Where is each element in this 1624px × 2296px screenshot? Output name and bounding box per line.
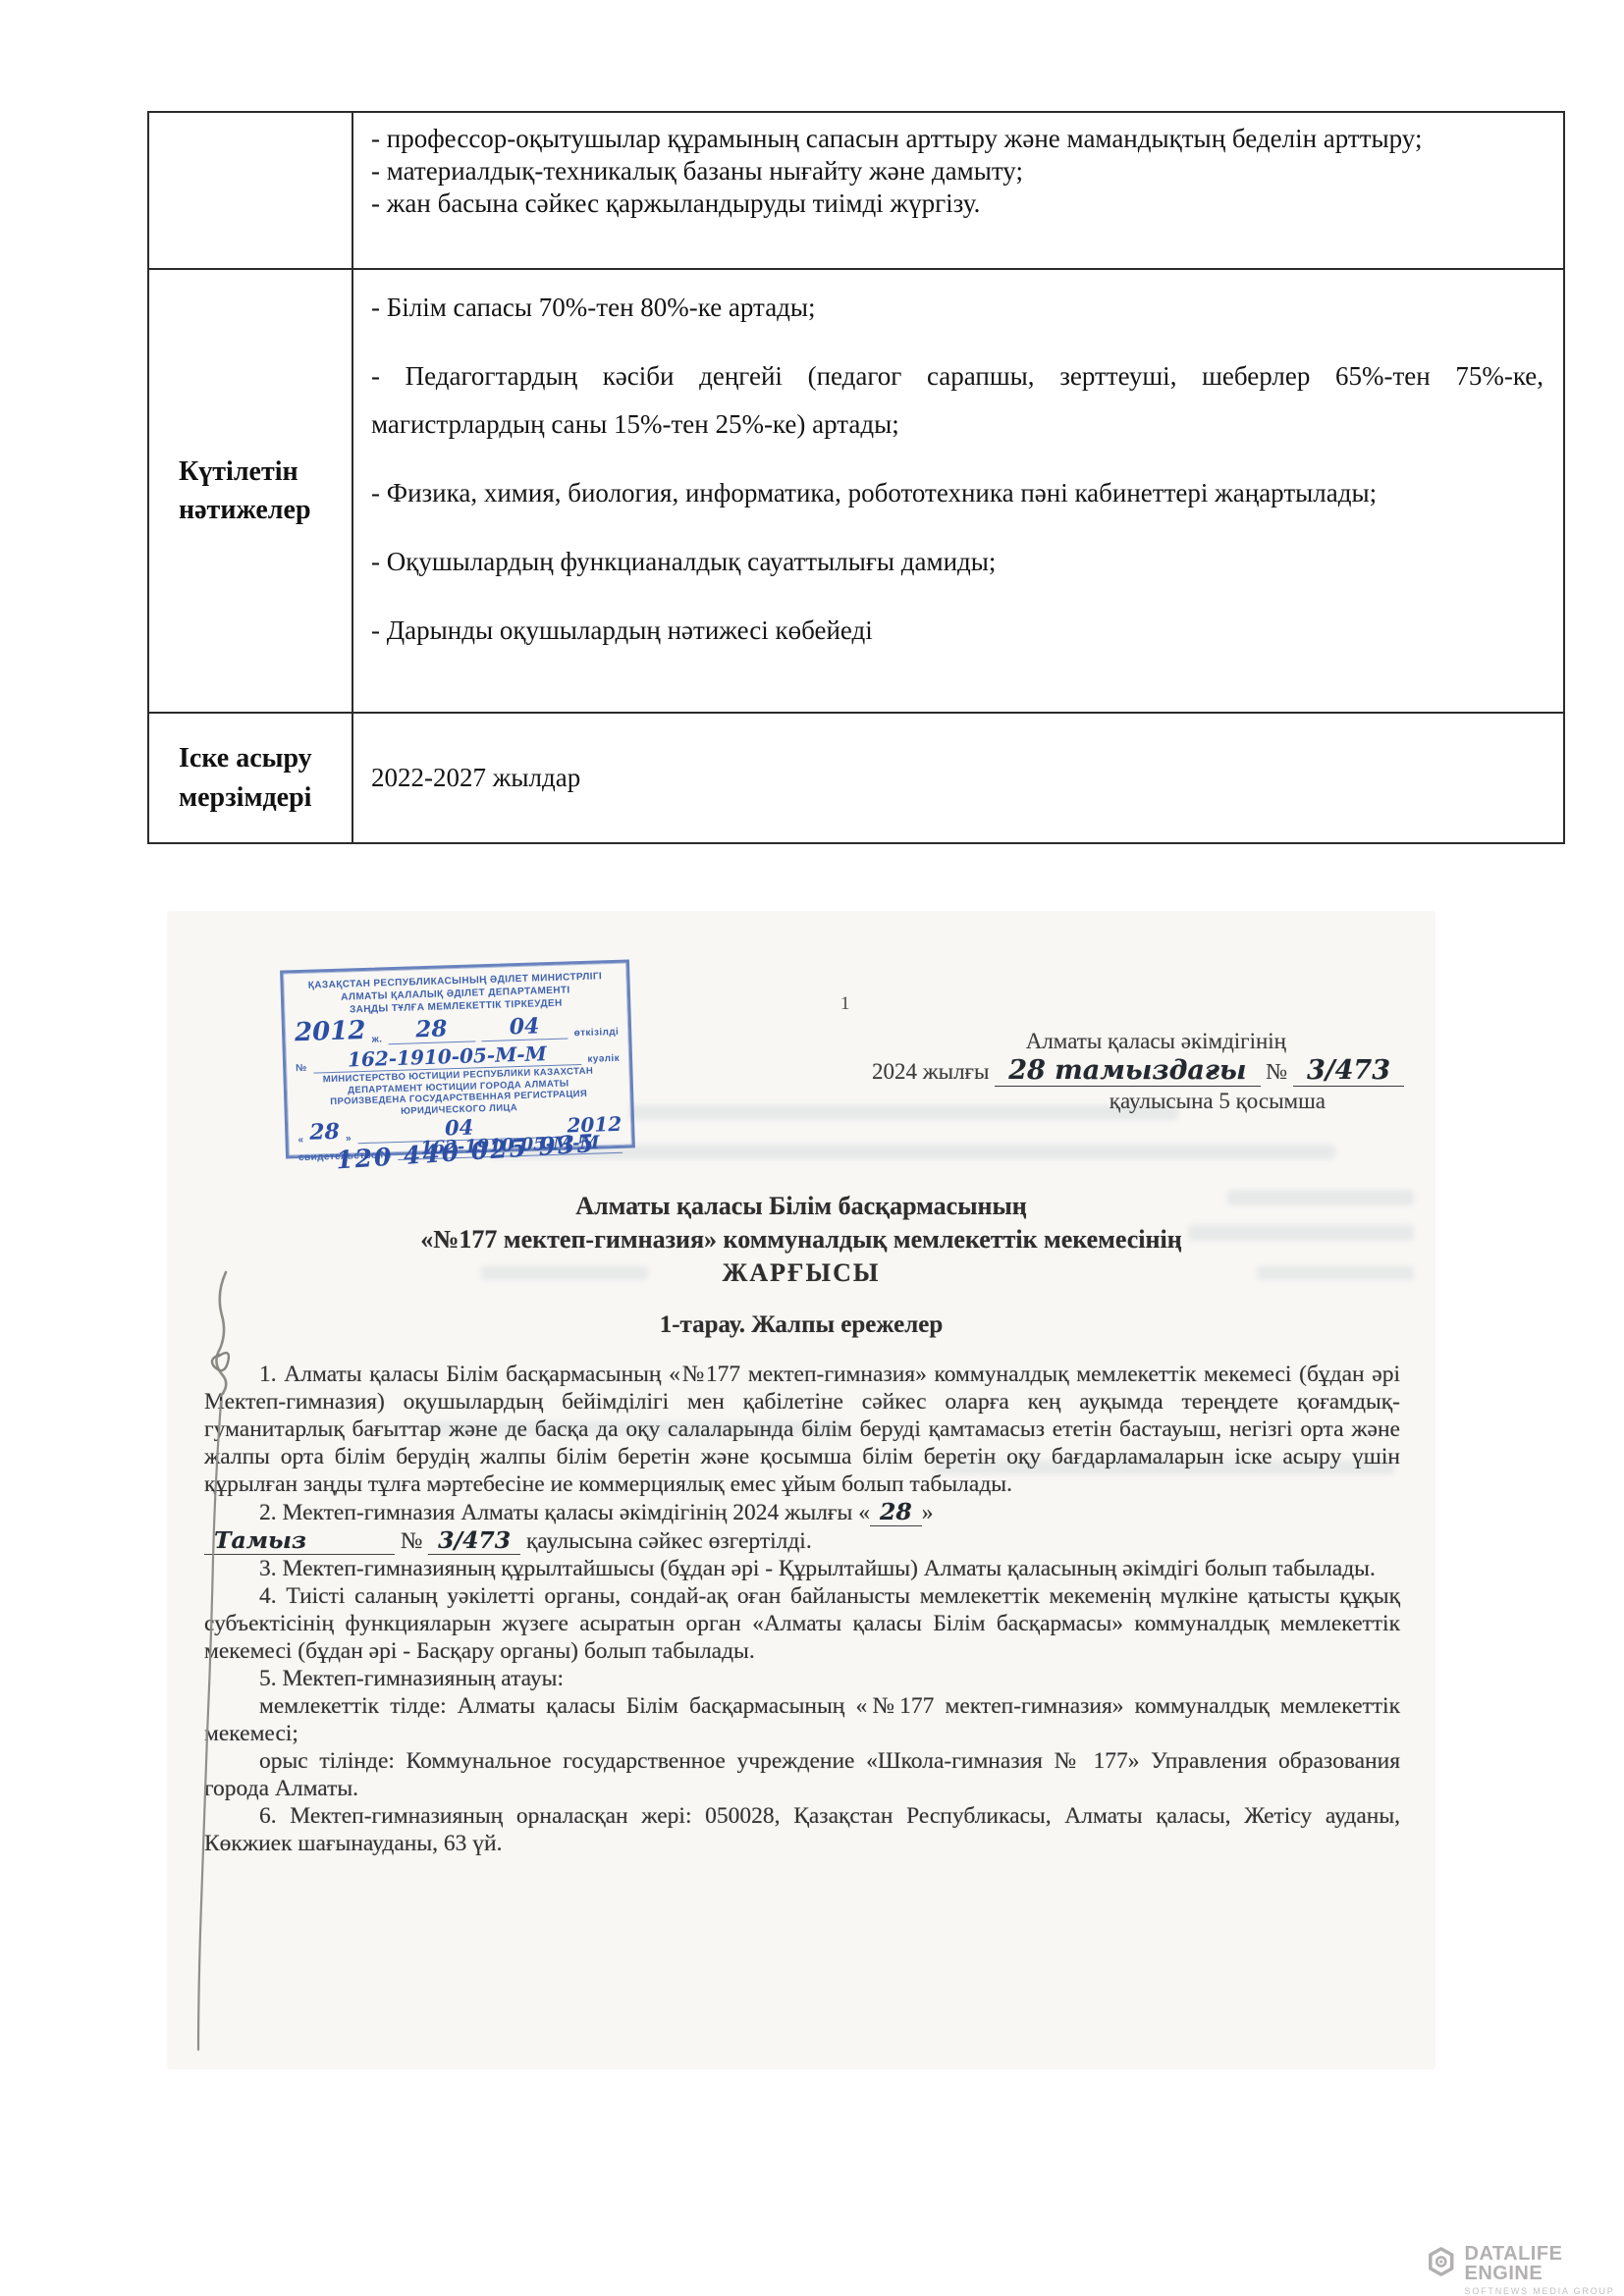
table-row-content: 2022-2027 жылдар: [353, 714, 1563, 842]
table-row-content: - Білім сапасы 70%-тен 80%-ке артады; - …: [353, 270, 1563, 712]
table-row-label-implementation-period: Іске асыру мерзімдері: [149, 714, 353, 842]
table-row: Іске асыру мерзімдері 2022-2027 жылдар: [149, 714, 1563, 842]
charter-title-line: ЖАРҒЫСЫ: [167, 1256, 1435, 1290]
clause-5: 5. Мектеп-гимназияның атауы:: [204, 1665, 1400, 1692]
result-item: - Педагогтардың кәсіби деңгейі (педагог …: [371, 352, 1543, 449]
table-row-label-expected-results: Күтілетін нәтижелер: [149, 270, 353, 712]
clause-1: 1. Алматы қаласы Білім басқармасының «№1…: [204, 1361, 1400, 1498]
handwritten-number: 3/473: [1293, 1055, 1404, 1087]
clause-6: 6. Мектеп-гимназияның орналасқан жері: 0…: [204, 1802, 1400, 1857]
charter-title-line: «№177 мектеп-гимназия» коммуналдық мемле…: [167, 1223, 1435, 1256]
table-row-content: - профессор-оқытушылар құрамының сапасын…: [353, 113, 1563, 268]
brand-subtitle: SOFTNEWS MEDIA GROUP: [1465, 2286, 1624, 2296]
datalife-engine-link[interactable]: DATALIFE ENGINE SOFTNEWS MEDIA GROUP: [1426, 2244, 1624, 2296]
clause-3: 3. Мектеп-гимназияның құрылтайшысы (бұда…: [204, 1555, 1400, 1582]
chapter-heading: 1-тарау. Жалпы ережелер: [167, 1311, 1435, 1339]
clause-5-russian-name: орыс тілінде: Коммунальное государственн…: [204, 1747, 1400, 1802]
result-item: - Оқушылардың функцианалдық сауаттылығы …: [371, 538, 1543, 586]
handwritten-resolution-number: 3/473: [428, 1526, 520, 1555]
appendix-reference-block: Алматы қаласы әкімдігінің 2024 жылғы 28 …: [756, 1027, 1404, 1116]
datalife-engine-icon: [1426, 2244, 1457, 2279]
bullet-item: - материалдық-техникалық базаны нығайту …: [371, 155, 1543, 187]
appendix-date-line: 2024 жылғы 28 тамыздағы № 3/473: [756, 1056, 1404, 1087]
result-item: - Білім сапасы 70%-тен 80%-ке артады;: [371, 284, 1543, 332]
document-page: - профессор-оқытушылар құрамының сапасын…: [0, 0, 1624, 2296]
table-row: Күтілетін нәтижелер - Білім сапасы 70%-т…: [149, 270, 1563, 714]
result-item: - Физика, химия, биология, информатика, …: [371, 469, 1543, 517]
handwritten-date: 28 тамыздағы: [995, 1055, 1260, 1087]
datalife-engine-wordmark: DATALIFE ENGINE SOFTNEWS MEDIA GROUP: [1465, 2244, 1624, 2296]
table-row-label: [149, 113, 353, 268]
scanned-charter-image: 1 ҚАЗАҚСТАН РЕСПУБЛИКАСЫНЫҢ ӘДІЛЕТ МИНИС…: [167, 911, 1435, 2069]
page-number-mark: 1: [840, 993, 850, 1015]
bullet-item: - жан басына сәйкес қаржыландыруды тиімд…: [371, 187, 1543, 220]
charter-title-line: Алматы қаласы Білім басқармасының: [167, 1190, 1435, 1223]
appendix-line: қаулысына 5 қосымша: [756, 1087, 1404, 1116]
program-summary-table: - профессор-оқытушылар құрамының сапасын…: [147, 111, 1565, 844]
appendix-line: Алматы қаласы әкімдігінің: [756, 1027, 1404, 1056]
charter-body: 1. Алматы қаласы Білім басқармасының «№1…: [204, 1361, 1400, 1857]
brand-name: DATALIFE ENGINE: [1465, 2244, 1624, 2283]
result-item: - Дарынды оқушылардың нәтижесі көбейеді: [371, 607, 1543, 655]
charter-title: Алматы қаласы Білім басқармасының «№177 …: [167, 1190, 1435, 1290]
justice-registration-stamp: ҚАЗАҚСТАН РЕСПУБЛИКАСЫНЫҢ ӘДІЛЕТ МИНИСТР…: [280, 959, 635, 1158]
bullet-item: - профессор-оқытушылар құрамының сапасын…: [371, 123, 1543, 155]
clause-4: 4. Тиісті саланың уәкілетті органы, сонд…: [204, 1582, 1400, 1665]
clause-5-kazakh-name: мемлекеттік тілде: Алматы қаласы Білім б…: [204, 1692, 1400, 1747]
table-row: - профессор-оқытушылар құрамының сапасын…: [149, 113, 1563, 270]
period-value: 2022-2027 жылдар: [371, 763, 580, 793]
clause-2: 2. Мектеп-гимназия Алматы қаласы әкімдіг…: [204, 1498, 1400, 1555]
handwritten-day: 28: [870, 1498, 922, 1526]
binding-thread: [185, 1255, 253, 2069]
